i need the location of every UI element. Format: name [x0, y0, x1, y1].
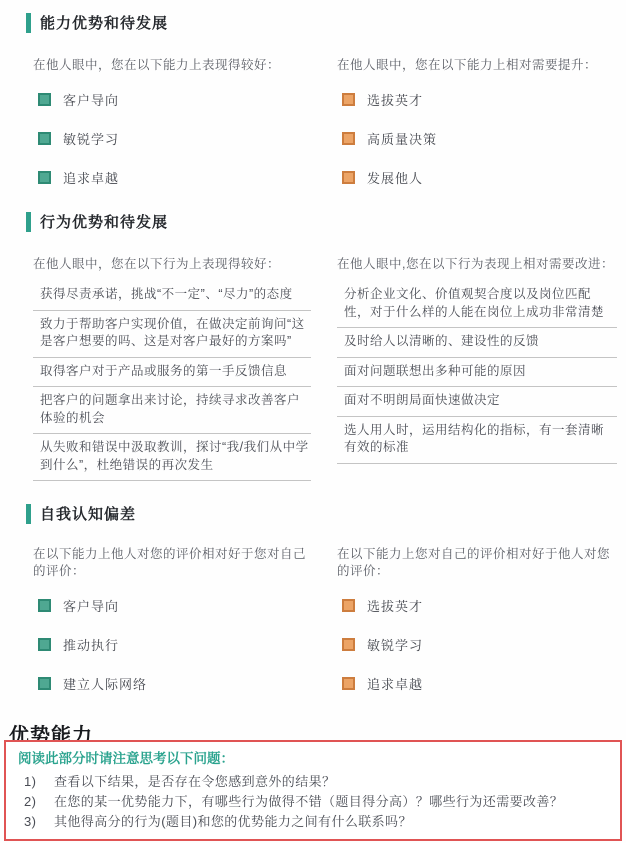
list-item: 追求卓越	[38, 168, 311, 187]
behavior-strengths-intro: 在他人眼中，您在以下行为上表现得较好：	[33, 256, 311, 273]
section-behavior-title: 行为优势和待发展	[40, 211, 168, 232]
notice-question-text: 查看以下结果，是否存在令您感到意外的结果？	[54, 772, 335, 792]
selfbias-overrated-column: 在以下能力上您对自己的评价相对好于他人对您的评价： 选拔英才 敏锐学习 追求卓越	[337, 546, 617, 693]
section-selfbias-header: 自我认知偏差	[26, 503, 626, 524]
bullet-square-icon	[38, 677, 51, 690]
selfbias-overrated-intro: 在以下能力上您对自己的评价相对好于他人对您的评价：	[337, 546, 617, 580]
bullet-square-icon	[38, 171, 51, 184]
list-item: 选拔英才	[342, 596, 617, 615]
competency-label: 高质量决策	[367, 129, 437, 148]
section-selfbias-title: 自我认知偏差	[40, 503, 136, 524]
selfbias-underrated-list: 客户导向 推动执行 建立人际网络	[33, 596, 311, 693]
section-ability-header: 能力优势和待发展	[26, 12, 626, 33]
behavior-item: 致力于帮助客户实现价值，在做决定前询问“这是客户想要的吗、这是对客户最好的方案吗…	[33, 311, 311, 358]
behavior-strengths-list: 获得尽责承诺，挑战“不一定”、“尽力”的态度 致力于帮助客户实现价值，在做决定前…	[33, 281, 311, 481]
section-ability-title: 能力优势和待发展	[40, 12, 168, 33]
list-item: 敏锐学习	[38, 129, 311, 148]
behavior-improve-list: 分析企业文化、价值观契合度以及岗位匹配性，对于什么样的人能在岗位上成功非常清楚 …	[337, 281, 617, 464]
list-item: 推动执行	[38, 635, 311, 654]
competency-label: 敏锐学习	[63, 129, 119, 148]
notice-question: 1) 查看以下结果，是否存在令您感到意外的结果？	[18, 772, 610, 792]
notice-question: 2) 在您的某一优势能力下，有哪些行为做得不错（题目得分高）？哪些行为还需要改善…	[18, 792, 610, 812]
competency-label: 建立人际网络	[63, 674, 147, 693]
competency-label: 追求卓越	[367, 674, 423, 693]
section-accent-bar-icon	[26, 13, 31, 33]
list-item: 客户导向	[38, 596, 311, 615]
list-item: 客户导向	[38, 90, 311, 109]
behavior-strengths-column: 在他人眼中，您在以下行为上表现得较好： 获得尽责承诺，挑战“不一定”、“尽力”的…	[33, 256, 311, 481]
bullet-square-icon	[38, 132, 51, 145]
competency-label: 敏锐学习	[367, 635, 423, 654]
bullet-square-icon	[342, 132, 355, 145]
notice-title: 阅读此部分时请注意思考以下问题：	[18, 749, 610, 769]
notice-question-text: 其他得高分的行为(题目)和您的优势能力之间有什么联系吗？	[54, 812, 412, 832]
ability-improve-intro: 在他人眼中，您在以下能力上相对需要提升：	[337, 57, 617, 74]
selfbias-overrated-list: 选拔英才 敏锐学习 追求卓越	[337, 596, 617, 693]
competency-label: 选拔英才	[367, 90, 423, 109]
list-item: 高质量决策	[342, 129, 617, 148]
bullet-square-icon	[342, 599, 355, 612]
list-item: 敏锐学习	[342, 635, 617, 654]
competency-label: 推动执行	[63, 635, 119, 654]
bullet-square-icon	[38, 638, 51, 651]
bullet-square-icon	[342, 171, 355, 184]
behavior-item: 面对不明朗局面快速做决定	[337, 387, 617, 417]
notice-question: 3) 其他得高分的行为(题目)和您的优势能力之间有什么联系吗？	[18, 812, 610, 832]
behavior-item: 取得客户对于产品或服务的第一手反馈信息	[33, 358, 311, 388]
behavior-improve-intro: 在他人眼中,您在以下行为表现上相对需要改进：	[337, 256, 617, 273]
bullet-square-icon	[38, 599, 51, 612]
section-behavior-header: 行为优势和待发展	[26, 211, 626, 232]
bullet-square-icon	[342, 93, 355, 106]
behavior-item: 及时给人以清晰的、建设性的反馈	[337, 328, 617, 358]
ability-improve-column: 在他人眼中，您在以下能力上相对需要提升： 选拔英才 高质量决策 发展他人	[337, 57, 617, 187]
section-accent-bar-icon	[26, 504, 31, 524]
behavior-item: 分析企业文化、价值观契合度以及岗位匹配性，对于什么样的人能在岗位上成功非常清楚	[337, 281, 617, 328]
behavior-item: 选人用人时，运用结构化的指标，有一套清晰有效的标准	[337, 417, 617, 464]
report-page: 能力优势和待发展 在他人眼中，您在以下能力上表现得较好： 客户导向 敏锐学习 追…	[0, 0, 626, 843]
bullet-square-icon	[38, 93, 51, 106]
competency-label: 客户导向	[63, 596, 119, 615]
notice-question-number: 1)	[18, 772, 54, 792]
section-accent-bar-icon	[26, 212, 31, 232]
bullet-square-icon	[342, 638, 355, 651]
behavior-item: 把客户的问题拿出来讨论，持续寻求改善客户体验的机会	[33, 387, 311, 434]
behavior-item: 从失败和错误中汲取教训，探讨“我/我们从中学到什么”，杜绝错误的再次发生	[33, 434, 311, 481]
notice-question-number: 2)	[18, 792, 54, 812]
notice-question-number: 3)	[18, 812, 54, 832]
competency-label: 追求卓越	[63, 168, 119, 187]
list-item: 选拔英才	[342, 90, 617, 109]
list-item: 发展他人	[342, 168, 617, 187]
ability-strengths-intro: 在他人眼中，您在以下能力上表现得较好：	[33, 57, 311, 74]
behavior-item: 面对问题联想出多种可能的原因	[337, 358, 617, 388]
section-ability-body: 在他人眼中，您在以下能力上表现得较好： 客户导向 敏锐学习 追求卓越 在他人眼中…	[0, 57, 626, 187]
notice-box: 阅读此部分时请注意思考以下问题： 1) 查看以下结果，是否存在令您感到意外的结果…	[4, 740, 622, 841]
section-behavior-body: 在他人眼中，您在以下行为上表现得较好： 获得尽责承诺，挑战“不一定”、“尽力”的…	[0, 256, 626, 481]
selfbias-underrated-intro: 在以下能力上他人对您的评价相对好于您对自己的评价：	[33, 546, 311, 580]
competency-label: 客户导向	[63, 90, 119, 109]
ability-improve-list: 选拔英才 高质量决策 发展他人	[337, 90, 617, 187]
competency-label: 发展他人	[367, 168, 423, 187]
behavior-item: 获得尽责承诺，挑战“不一定”、“尽力”的态度	[33, 281, 311, 311]
ability-strengths-column: 在他人眼中，您在以下能力上表现得较好： 客户导向 敏锐学习 追求卓越	[33, 57, 311, 187]
list-item: 建立人际网络	[38, 674, 311, 693]
list-item: 追求卓越	[342, 674, 617, 693]
selfbias-underrated-column: 在以下能力上他人对您的评价相对好于您对自己的评价： 客户导向 推动执行 建立人际…	[33, 546, 311, 693]
competency-label: 选拔英才	[367, 596, 423, 615]
bullet-square-icon	[342, 677, 355, 690]
notice-question-text: 在您的某一优势能力下，有哪些行为做得不错（题目得分高）？哪些行为还需要改善？	[54, 792, 563, 812]
ability-strengths-list: 客户导向 敏锐学习 追求卓越	[33, 90, 311, 187]
behavior-improve-column: 在他人眼中,您在以下行为表现上相对需要改进： 分析企业文化、价值观契合度以及岗位…	[337, 256, 617, 464]
section-selfbias-body: 在以下能力上他人对您的评价相对好于您对自己的评价： 客户导向 推动执行 建立人际…	[0, 546, 626, 693]
